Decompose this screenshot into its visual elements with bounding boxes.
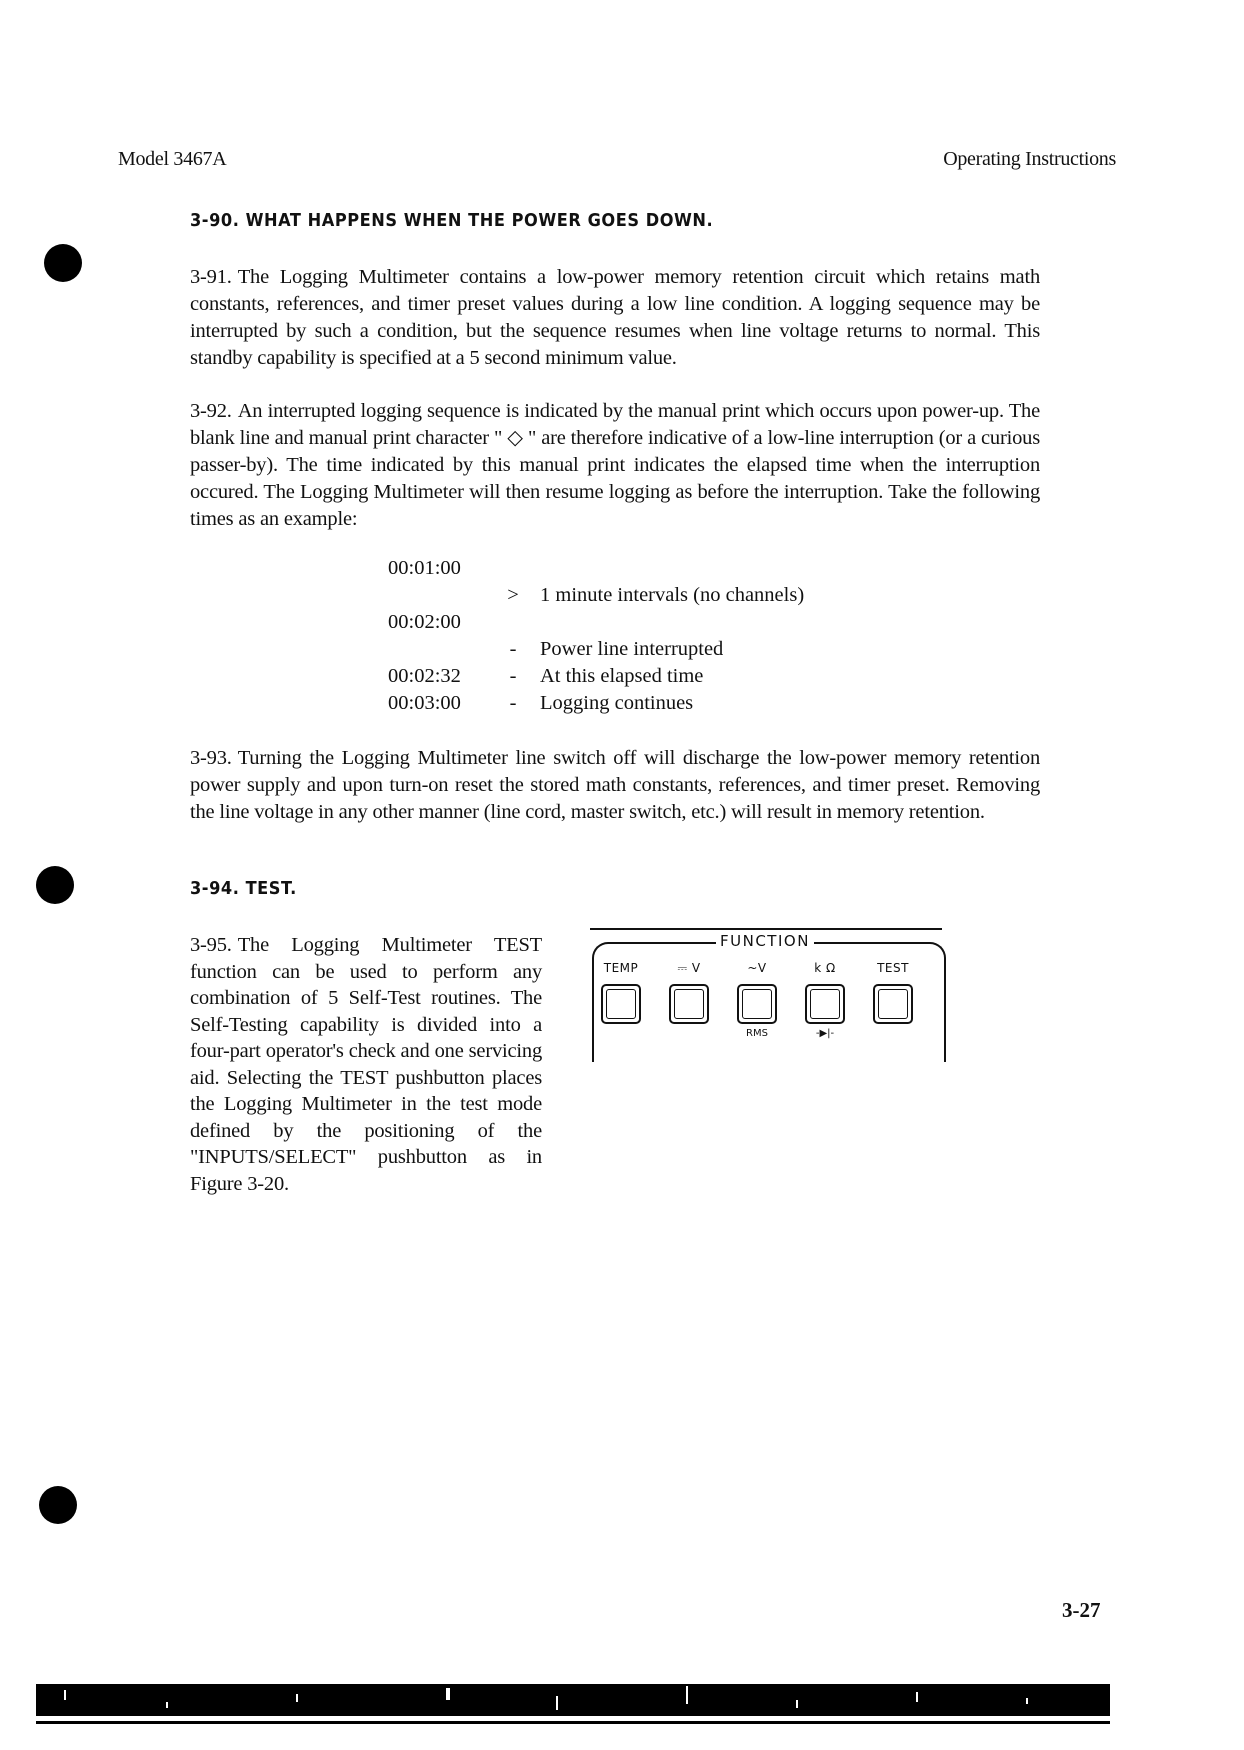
function-key-sublabel [664, 1027, 714, 1041]
paragraph-3-93: 3-93.Turning the Logging Multimeter line… [190, 745, 1040, 826]
scan-border-strip [36, 1684, 1110, 1716]
figure-title: FUNCTION [716, 932, 814, 950]
pushbutton-icon [669, 984, 709, 1024]
punch-hole-bottom [39, 1486, 77, 1524]
function-key-label: k Ω [800, 960, 850, 976]
header-model: Model 3467A [118, 148, 226, 171]
function-key-sublabel: RMS [732, 1027, 782, 1041]
heading-3-90: 3-90. WHAT HAPPENS WHEN THE POWER GOES D… [190, 210, 713, 231]
function-key-label: ~V [732, 960, 782, 976]
example-time: 00:02:32 [388, 663, 508, 690]
diode-icon: -▶|- [800, 1027, 850, 1041]
pushbutton-icon [601, 984, 641, 1024]
punch-hole-top [44, 244, 82, 282]
function-key-sublabel [868, 1027, 918, 1041]
paragraph-text: Turning the Logging Multimeter line swit… [190, 747, 1040, 823]
example-symbol: - [498, 690, 528, 717]
paragraph-3-91: 3-91.The Logging Multimeter contains a l… [190, 264, 1040, 372]
figure-top-rule [590, 928, 942, 930]
paragraph-text: The Logging Multimeter TEST function can… [190, 934, 542, 1195]
example-description: 1 minute intervals (no channels) [540, 582, 804, 609]
function-key-temp: TEMP [596, 960, 646, 1041]
pushbutton-icon [805, 984, 845, 1024]
function-key-ac-volts: ~V RMS [732, 960, 782, 1041]
pushbutton-icon [873, 984, 913, 1024]
function-panel-figure: FUNCTION TEMP ⎓ V ~V RMS k Ω -▶|- TEST [590, 928, 950, 1058]
paragraph-number: 3-95. [190, 934, 232, 956]
function-key-dc-volts: ⎓ V [664, 960, 714, 1041]
page-number: 3-27 [1062, 1598, 1101, 1623]
header-section-title: Operating Instructions [943, 148, 1116, 171]
punch-hole-middle [36, 866, 74, 904]
example-symbol: > [498, 582, 528, 609]
function-key-label: TEST [868, 960, 918, 976]
paragraph-number: 3-92. [190, 400, 232, 422]
paragraph-number: 3-91. [190, 266, 232, 288]
example-symbol: - [498, 663, 528, 690]
example-description: Power line interrupted [540, 636, 723, 663]
scan-border-line [36, 1721, 1110, 1724]
function-key-label: ⎓ V [664, 960, 714, 976]
paragraph-text: An interrupted logging sequence is indic… [190, 400, 1040, 530]
function-key-kohms: k Ω -▶|- [800, 960, 850, 1041]
pushbutton-icon [737, 984, 777, 1024]
function-key-test: TEST [868, 960, 918, 1041]
example-time: 00:03:00 [388, 690, 508, 717]
paragraph-text: The Logging Multimeter contains a low-po… [190, 266, 1040, 369]
paragraph-3-95: 3-95.The Logging Multimeter TEST functio… [190, 932, 542, 1197]
example-time: 00:01:00 [388, 555, 508, 582]
function-key-label: TEMP [596, 960, 646, 976]
heading-3-94: 3-94. TEST. [190, 878, 297, 899]
example-symbol: - [498, 636, 528, 663]
example-description: Logging continues [540, 690, 693, 717]
example-time: 00:02:00 [388, 609, 508, 636]
paragraph-number: 3-93. [190, 747, 232, 769]
example-description: At this elapsed time [540, 663, 703, 690]
function-key-sublabel [596, 1027, 646, 1041]
paragraph-3-92: 3-92.An interrupted logging sequence is … [190, 398, 1040, 533]
